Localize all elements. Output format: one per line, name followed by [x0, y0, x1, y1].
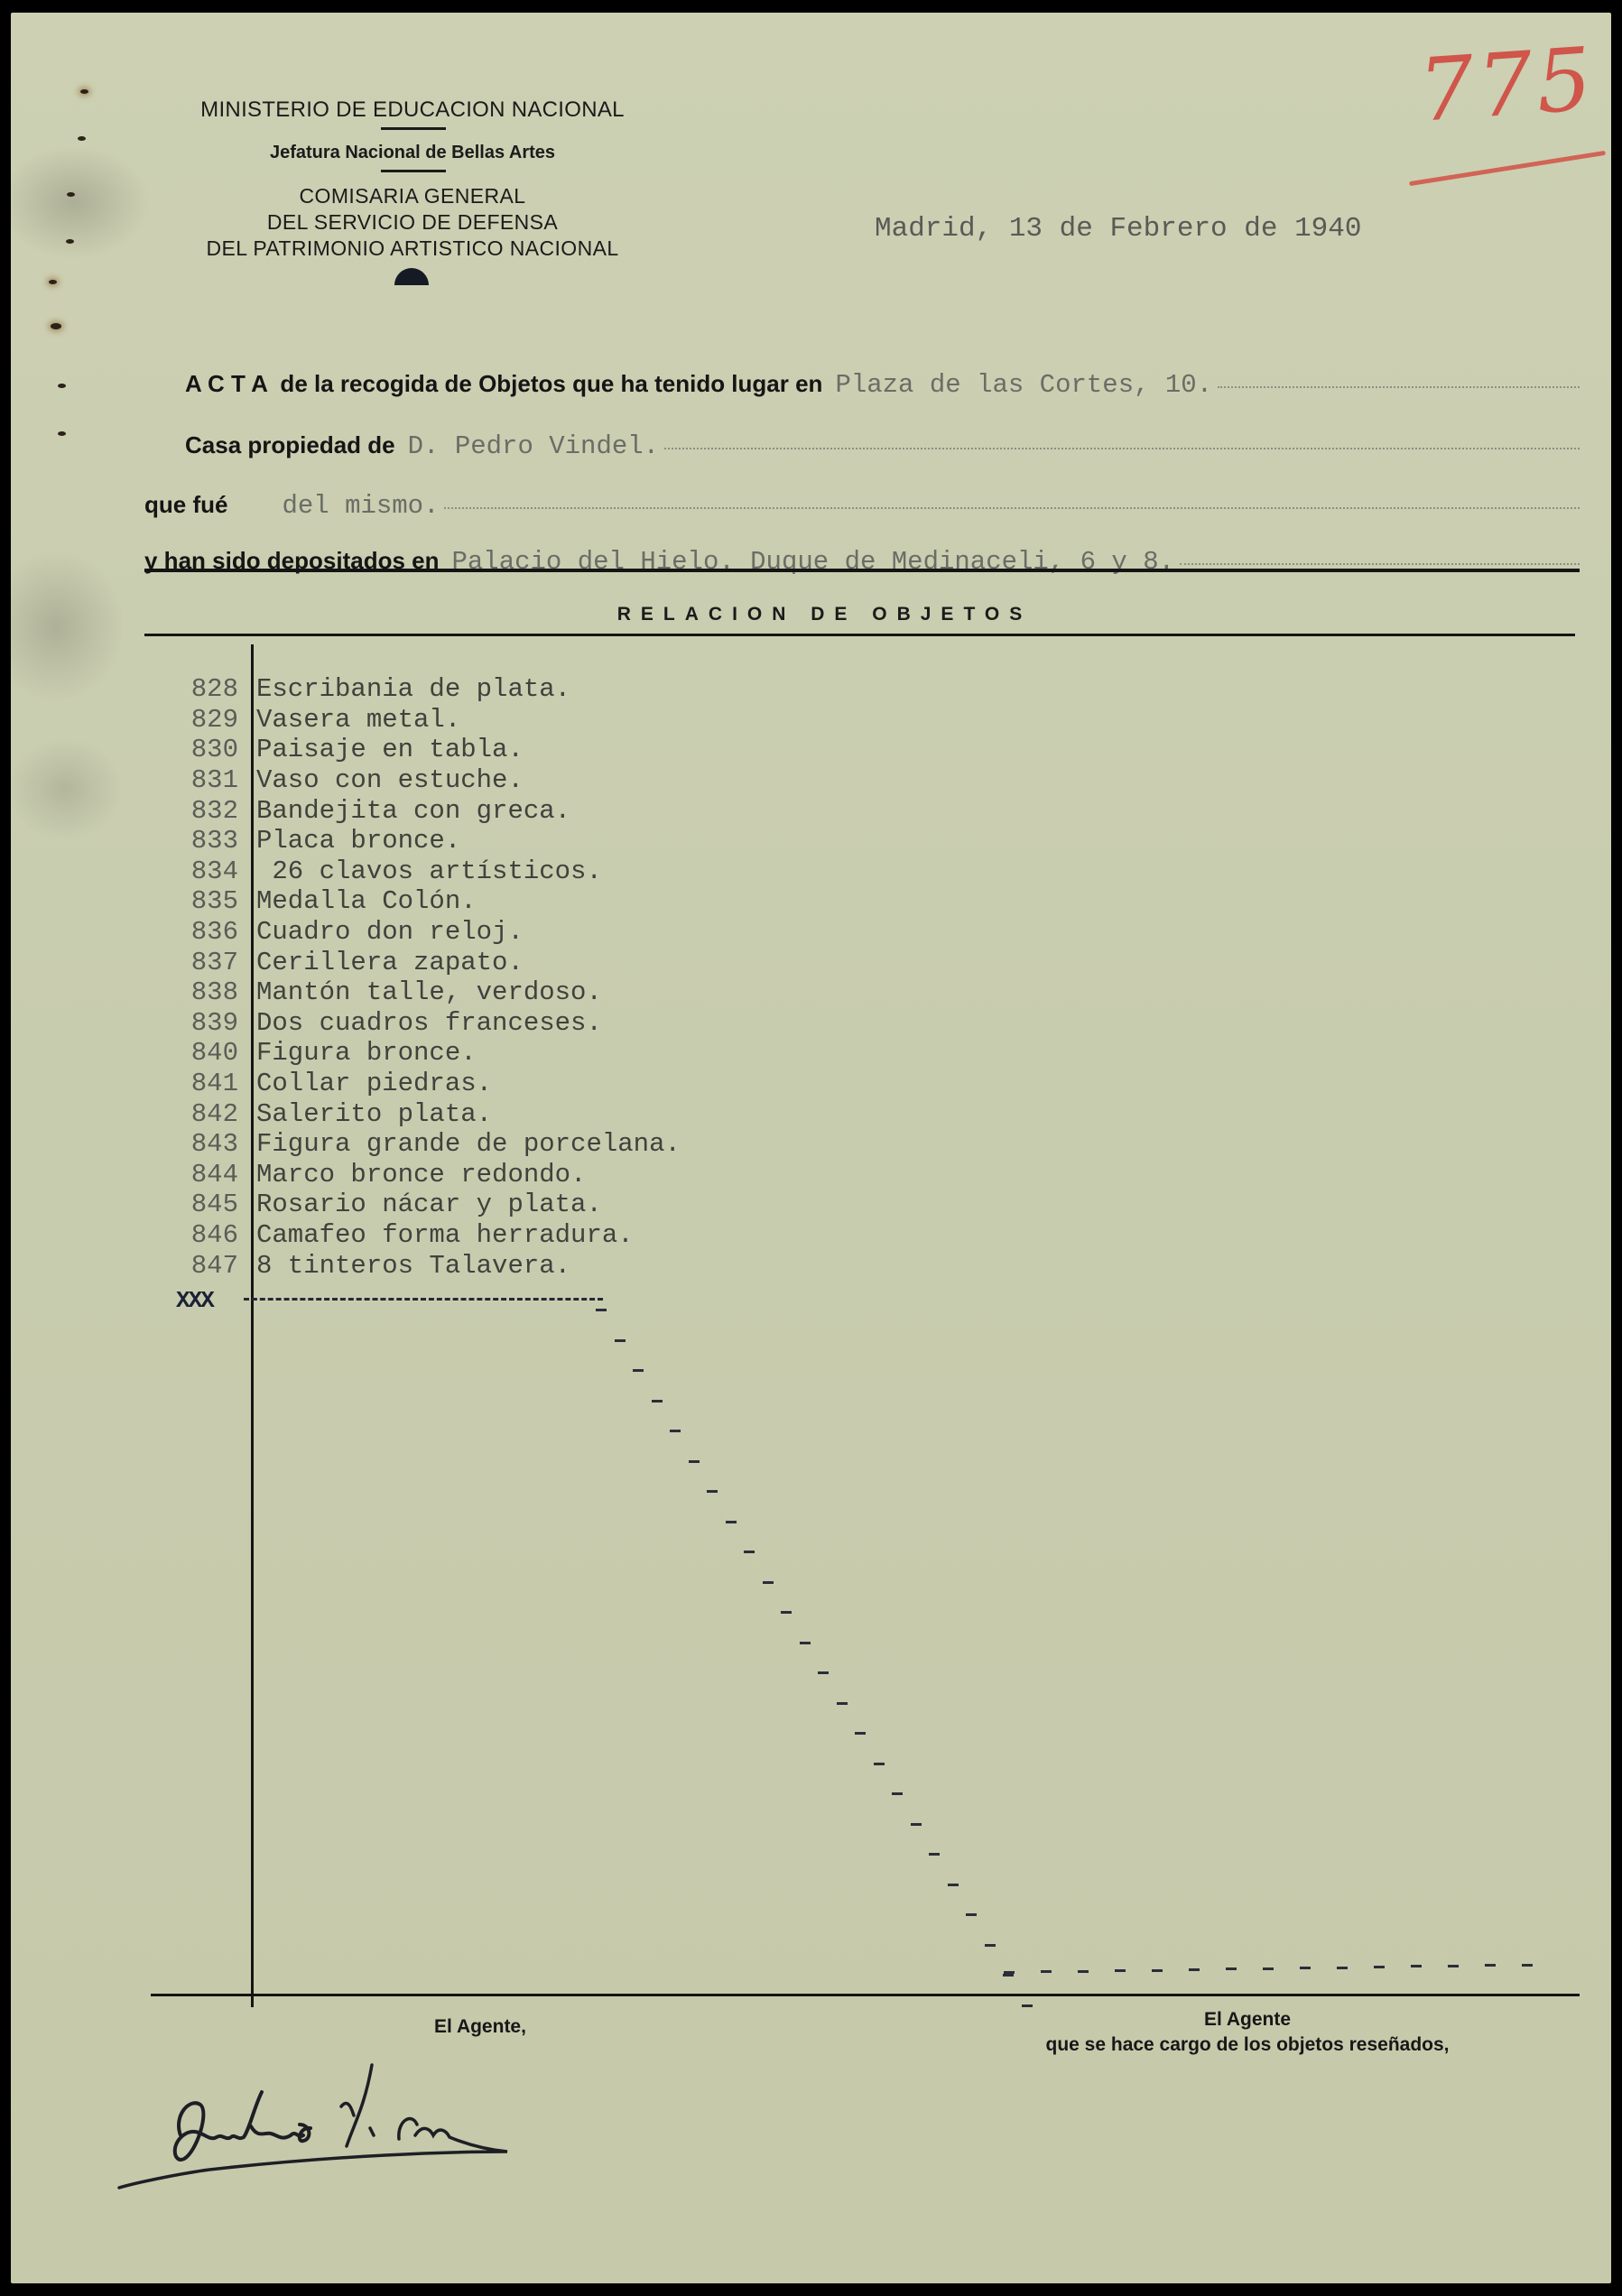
location-label: A C T A de la recogida de Objetos que ha… [185, 370, 822, 398]
dash-mark [818, 1671, 829, 1674]
item-description: Paisaje en tabla. [256, 735, 524, 764]
ministry-name: MINISTERIO DE EDUCACION NACIONAL [173, 97, 652, 123]
item-number: 834 [169, 856, 238, 886]
item-description: Cuadro don reloj. [256, 917, 524, 947]
item-number: 846 [169, 1220, 238, 1250]
list-item: 837Cerillera zapato. [169, 947, 681, 977]
dash-mark [985, 1944, 996, 1947]
item-description: Bandejita con greca. [256, 796, 570, 826]
dash-mark [966, 1913, 977, 1916]
dash-mark [1263, 1967, 1274, 1970]
section-title: RELACION DE OBJETOS [11, 604, 1611, 625]
list-item: 846Camafeo forma herradura. [169, 1220, 681, 1251]
item-description: Cerillera zapato. [256, 948, 524, 977]
dash-mark [1448, 1965, 1459, 1967]
list-item: 842Salerito plata. [169, 1098, 681, 1129]
signature-text: Antonio F. Can [110, 2052, 116, 2053]
dotted-line [664, 448, 1580, 449]
letterhead: MINISTERIO DE EDUCACION NACIONAL Jefatur… [173, 13, 652, 301]
list-item: 834 26 clavos artísticos. [169, 856, 681, 887]
left-agent-label: El Agente, [390, 2016, 570, 2038]
field-previous-owner: que fué del mismo. [144, 491, 1580, 521]
commission-line-3: DEL PATRIMONIO ARTISTICO NACIONAL [173, 236, 652, 261]
dash-mark [781, 1611, 792, 1614]
field-owner: Casa propiedad de D. Pedro Vindel. [185, 431, 1580, 461]
dash-mark [911, 1823, 922, 1826]
dash-mark [1022, 2004, 1033, 2007]
list-item: 839Dos cuadros franceses. [169, 1008, 681, 1039]
list-item: 840Figura bronce. [169, 1038, 681, 1069]
divider-rule [151, 1994, 1580, 1996]
divider-rule [144, 634, 1575, 636]
dash-mark [763, 1581, 774, 1584]
item-number: 839 [169, 1008, 238, 1038]
objects-list: 828Escribania de plata. 829Vasera metal.… [169, 674, 681, 1281]
item-number: 828 [169, 674, 238, 704]
previous-owner-value: del mismo. [282, 491, 439, 521]
dash-mark [1078, 1970, 1089, 1973]
list-item: 841Collar piedras. [169, 1069, 681, 1099]
item-description: 26 clavos artísticos. [256, 856, 602, 886]
item-description: Collar piedras. [256, 1069, 492, 1098]
item-description: Dos cuadros franceses. [256, 1008, 602, 1038]
dash-mark [1003, 1974, 1014, 1977]
list-item: 838Mantón talle, verdoso. [169, 977, 681, 1008]
list-item: 845Rosario nácar y plata. [169, 1190, 681, 1220]
item-number: 835 [169, 886, 238, 916]
dash-mark [744, 1551, 755, 1553]
owner-value: D. Pedro Vindel. [408, 431, 659, 461]
dash-mark [800, 1642, 811, 1644]
item-number: 842 [169, 1099, 238, 1129]
dash-mark [1152, 1969, 1163, 1972]
item-description: Camafeo forma herradura. [256, 1220, 634, 1250]
folio-number: 775 [1415, 28, 1599, 141]
letterhead-divider [381, 170, 446, 172]
item-number: 841 [169, 1069, 238, 1098]
punch-hole [58, 384, 66, 388]
item-description: Vasera metal. [256, 705, 460, 735]
document-date: Madrid, 13 de Febrero de 1940 [875, 213, 1362, 245]
dash-mark [615, 1339, 626, 1342]
punch-hole [78, 136, 86, 141]
item-number: 830 [169, 735, 238, 764]
dash-mark [1374, 1966, 1385, 1968]
punch-hole [80, 89, 88, 94]
item-description: Mantón talle, verdoso. [256, 977, 602, 1007]
item-description: Marco bronce redondo. [256, 1160, 586, 1190]
item-number: 845 [169, 1190, 238, 1219]
dash-mark [892, 1792, 903, 1795]
dotted-line [1218, 386, 1580, 388]
item-description: Placa bronce. [256, 826, 460, 856]
previous-owner-label: que fué [144, 491, 227, 519]
dash-mark [689, 1460, 700, 1463]
item-number: 832 [169, 796, 238, 826]
item-description: Vaso con estuche. [256, 765, 524, 795]
folio-underline [1409, 151, 1606, 186]
list-item: 836Cuadro don reloj. [169, 917, 681, 948]
dotted-line [444, 507, 1580, 509]
item-number: 844 [169, 1160, 238, 1190]
dash-mark [1411, 1965, 1422, 1967]
dash-mark [1226, 1967, 1237, 1970]
dash-mark [596, 1309, 607, 1311]
right-agent-sublabel: que se hace cargo de los objetos reseñad… [1022, 2034, 1473, 2056]
dash-mark [948, 1884, 959, 1886]
commission-line-1: COMISARIA GENERAL [173, 184, 652, 208]
item-number: 837 [169, 948, 238, 977]
letterhead-divider [381, 127, 446, 130]
dash-mark [837, 1702, 848, 1705]
punch-hole [58, 431, 66, 436]
punch-hole [66, 239, 74, 244]
item-description: Salerito plata. [256, 1099, 492, 1129]
struck-out-entry: XXX [176, 1287, 213, 1314]
dash-mark [652, 1400, 663, 1403]
dash-mark [1337, 1967, 1348, 1969]
item-number: 843 [169, 1129, 238, 1159]
list-item: 828Escribania de plata. [169, 674, 681, 705]
list-item: 833Placa bronce. [169, 826, 681, 856]
dash-mark [1522, 1964, 1533, 1967]
emblem-icon [394, 268, 429, 285]
location-value: Plaza de las Cortes, 10. [835, 370, 1212, 400]
signature: Antonio F. Can [110, 2052, 760, 2233]
dash-mark [855, 1732, 866, 1735]
owner-label: Casa propiedad de [185, 431, 395, 459]
list-item: 830Paisaje en tabla. [169, 735, 681, 765]
list-item: 843Figura grande de porcelana. [169, 1129, 681, 1160]
dash-mark [707, 1490, 718, 1493]
item-number: 838 [169, 977, 238, 1007]
item-description: Figura grande de porcelana. [256, 1129, 681, 1159]
item-number: 829 [169, 705, 238, 735]
right-agent-label: El Agente [1022, 2009, 1473, 2031]
list-item: 8478 tinteros Talavera. [169, 1250, 681, 1281]
item-description: Medalla Colón. [256, 886, 477, 916]
list-item: 831Vaso con estuche. [169, 765, 681, 796]
item-number: 833 [169, 826, 238, 856]
divider-rule [144, 569, 1580, 572]
punch-hole [49, 280, 57, 284]
field-deposit: y han sido depositados en Palacio del Hi… [144, 547, 1580, 577]
dash-mark [1300, 1967, 1311, 1969]
list-item: 832Bandejita con greca. [169, 795, 681, 826]
punch-hole [51, 323, 61, 329]
dash-mark [1041, 1970, 1052, 1973]
item-description: Rosario nácar y plata. [256, 1190, 602, 1219]
punch-hole [67, 192, 75, 197]
list-item: 835Medalla Colón. [169, 886, 681, 917]
dash-mark [1485, 1964, 1496, 1967]
dash-mark [1189, 1968, 1200, 1971]
item-number: 836 [169, 917, 238, 947]
deposit-value: Palacio del Hielo. Duque de Medinaceli, … [452, 547, 1175, 577]
dash-mark [929, 1853, 940, 1856]
cancel-dash-line [244, 1298, 603, 1301]
list-item: 844Marco bronce redondo. [169, 1160, 681, 1190]
item-description: Figura bronce. [256, 1038, 477, 1068]
dash-mark [1004, 1971, 1015, 1974]
dash-mark [874, 1763, 885, 1765]
dash-mark [670, 1430, 681, 1432]
item-number: 831 [169, 765, 238, 795]
dotted-line [1180, 563, 1580, 565]
list-item: 829Vasera metal. [169, 705, 681, 736]
item-number: 840 [169, 1038, 238, 1068]
item-description: 8 tinteros Talavera. [256, 1251, 570, 1281]
item-description: Escribania de plata. [256, 674, 570, 704]
field-location: A C T A de la recogida de Objetos que ha… [185, 370, 1580, 400]
item-number: 847 [169, 1251, 238, 1281]
department-name: Jefatura Nacional de Bellas Artes [173, 143, 652, 163]
dash-mark [633, 1369, 644, 1372]
document-page: MINISTERIO DE EDUCACION NACIONAL Jefatur… [11, 13, 1611, 2283]
commission-line-2: DEL SERVICIO DE DEFENSA [173, 210, 652, 235]
dash-mark [1115, 1969, 1126, 1972]
dash-mark [726, 1521, 737, 1523]
